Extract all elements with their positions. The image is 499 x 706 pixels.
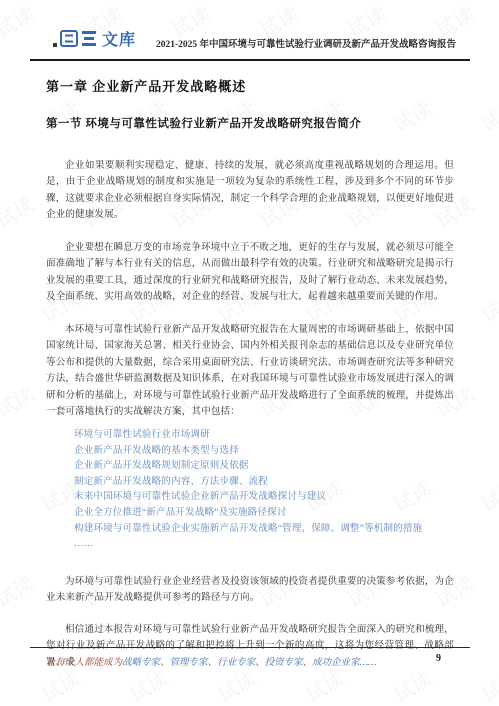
logo-text: 文库 xyxy=(102,27,136,50)
list-item: 构建环境与可靠性试验企业实施新产品开发战略“管理、保障、调整”等机制的措施 xyxy=(74,522,422,538)
paragraph-4: 为环境与可靠性试验行业企业经营者及投资该领域的投资者提供重要的决策参考依据，为企… xyxy=(46,574,454,607)
watermark-text: 试读 xyxy=(475,93,499,138)
header-rule xyxy=(30,59,470,61)
list-item: 制定新产品开发战略的内容、方法步骤、流程 xyxy=(74,475,422,491)
list-item: …… xyxy=(74,537,422,553)
list-item: 未来中国环境与可靠性试验企业新产品开发战略探讨与建议 xyxy=(74,490,422,506)
list-item: 企业全方位推进“新产品开发战略”及实施路径探讨 xyxy=(74,506,422,522)
page-number: 9 xyxy=(436,653,441,664)
footer-segment: 投资专家 xyxy=(265,658,303,668)
watermark-text: 试读 xyxy=(475,283,499,328)
site-logo: 文库 xyxy=(53,27,136,50)
footer-segment: 、 xyxy=(255,658,265,668)
footer-segment: 战略专家 xyxy=(122,658,160,668)
list-item: 企业新产品开发战略规划制定原则及依据 xyxy=(74,459,422,475)
watermark-text: 试读 xyxy=(0,188,39,233)
footer-segment: 成功企业家 xyxy=(312,658,360,668)
logo-dot-icon xyxy=(53,43,57,47)
watermark-text: 试读 xyxy=(475,473,499,518)
watermark-text: 试读 xyxy=(0,378,39,423)
footer-slogan: 让每个人都能成为战略专家、管理专家、行业专家、投资专家、成功企业家…… xyxy=(46,654,377,668)
list-item: 企业新产品开发战略的基本类型与选择 xyxy=(74,444,422,460)
document-page: 试读试读试读试读试读试读试读试读试读试读试读试读试读试读试读试读试读试读试读试读… xyxy=(0,0,499,706)
watermark-text: 试读 xyxy=(0,0,39,43)
paragraph-2: 企业要想在瞬息万变的市场竞争环境中立于不败之地，更好的生存与发展，就必须尽可能全… xyxy=(46,240,454,306)
report-contents-list: 环境与可靠性试验行业市场调研 企业新产品开发战略的基本类型与选择 企业新产品开发… xyxy=(74,428,422,553)
watermark-text: 试读 xyxy=(387,93,436,138)
footer-segment: …… xyxy=(360,658,377,668)
footer-segment: 、 xyxy=(208,658,218,668)
section-heading: 第一节 环境与可靠性试验行业新产品开发战略研究报告简介 xyxy=(46,115,361,131)
footer-segment: 、 xyxy=(303,658,313,668)
report-title: 2021-2025 年中国环境与可靠性试验行业调研及新产品开发战略咨询报告 xyxy=(140,36,472,50)
logo-mark-icon xyxy=(60,30,98,48)
footer-segment: 、 xyxy=(160,658,170,668)
footer-rule xyxy=(30,647,470,648)
chapter-heading: 第一章 企业新产品开发战略概述 xyxy=(46,76,246,95)
paragraph-1: 企业如果要顺利实现稳定、健康、持续的发展，就必须高度重视战略规划的合理运用。但是… xyxy=(46,158,454,224)
list-item: 环境与可靠性试验行业市场调研 xyxy=(74,428,422,444)
footer-segment: 管理专家 xyxy=(170,658,208,668)
watermark-text: 试读 xyxy=(475,663,499,706)
footer-segment: 行业专家 xyxy=(217,658,255,668)
footer-segment: 让每个人都能成为 xyxy=(46,658,122,668)
watermark-text: 试读 xyxy=(0,568,39,613)
paragraph-3: 本环境与可靠性试验行业新产品开发战略研究报告在大量周密的市场调研基础上，依据中国… xyxy=(46,322,454,421)
